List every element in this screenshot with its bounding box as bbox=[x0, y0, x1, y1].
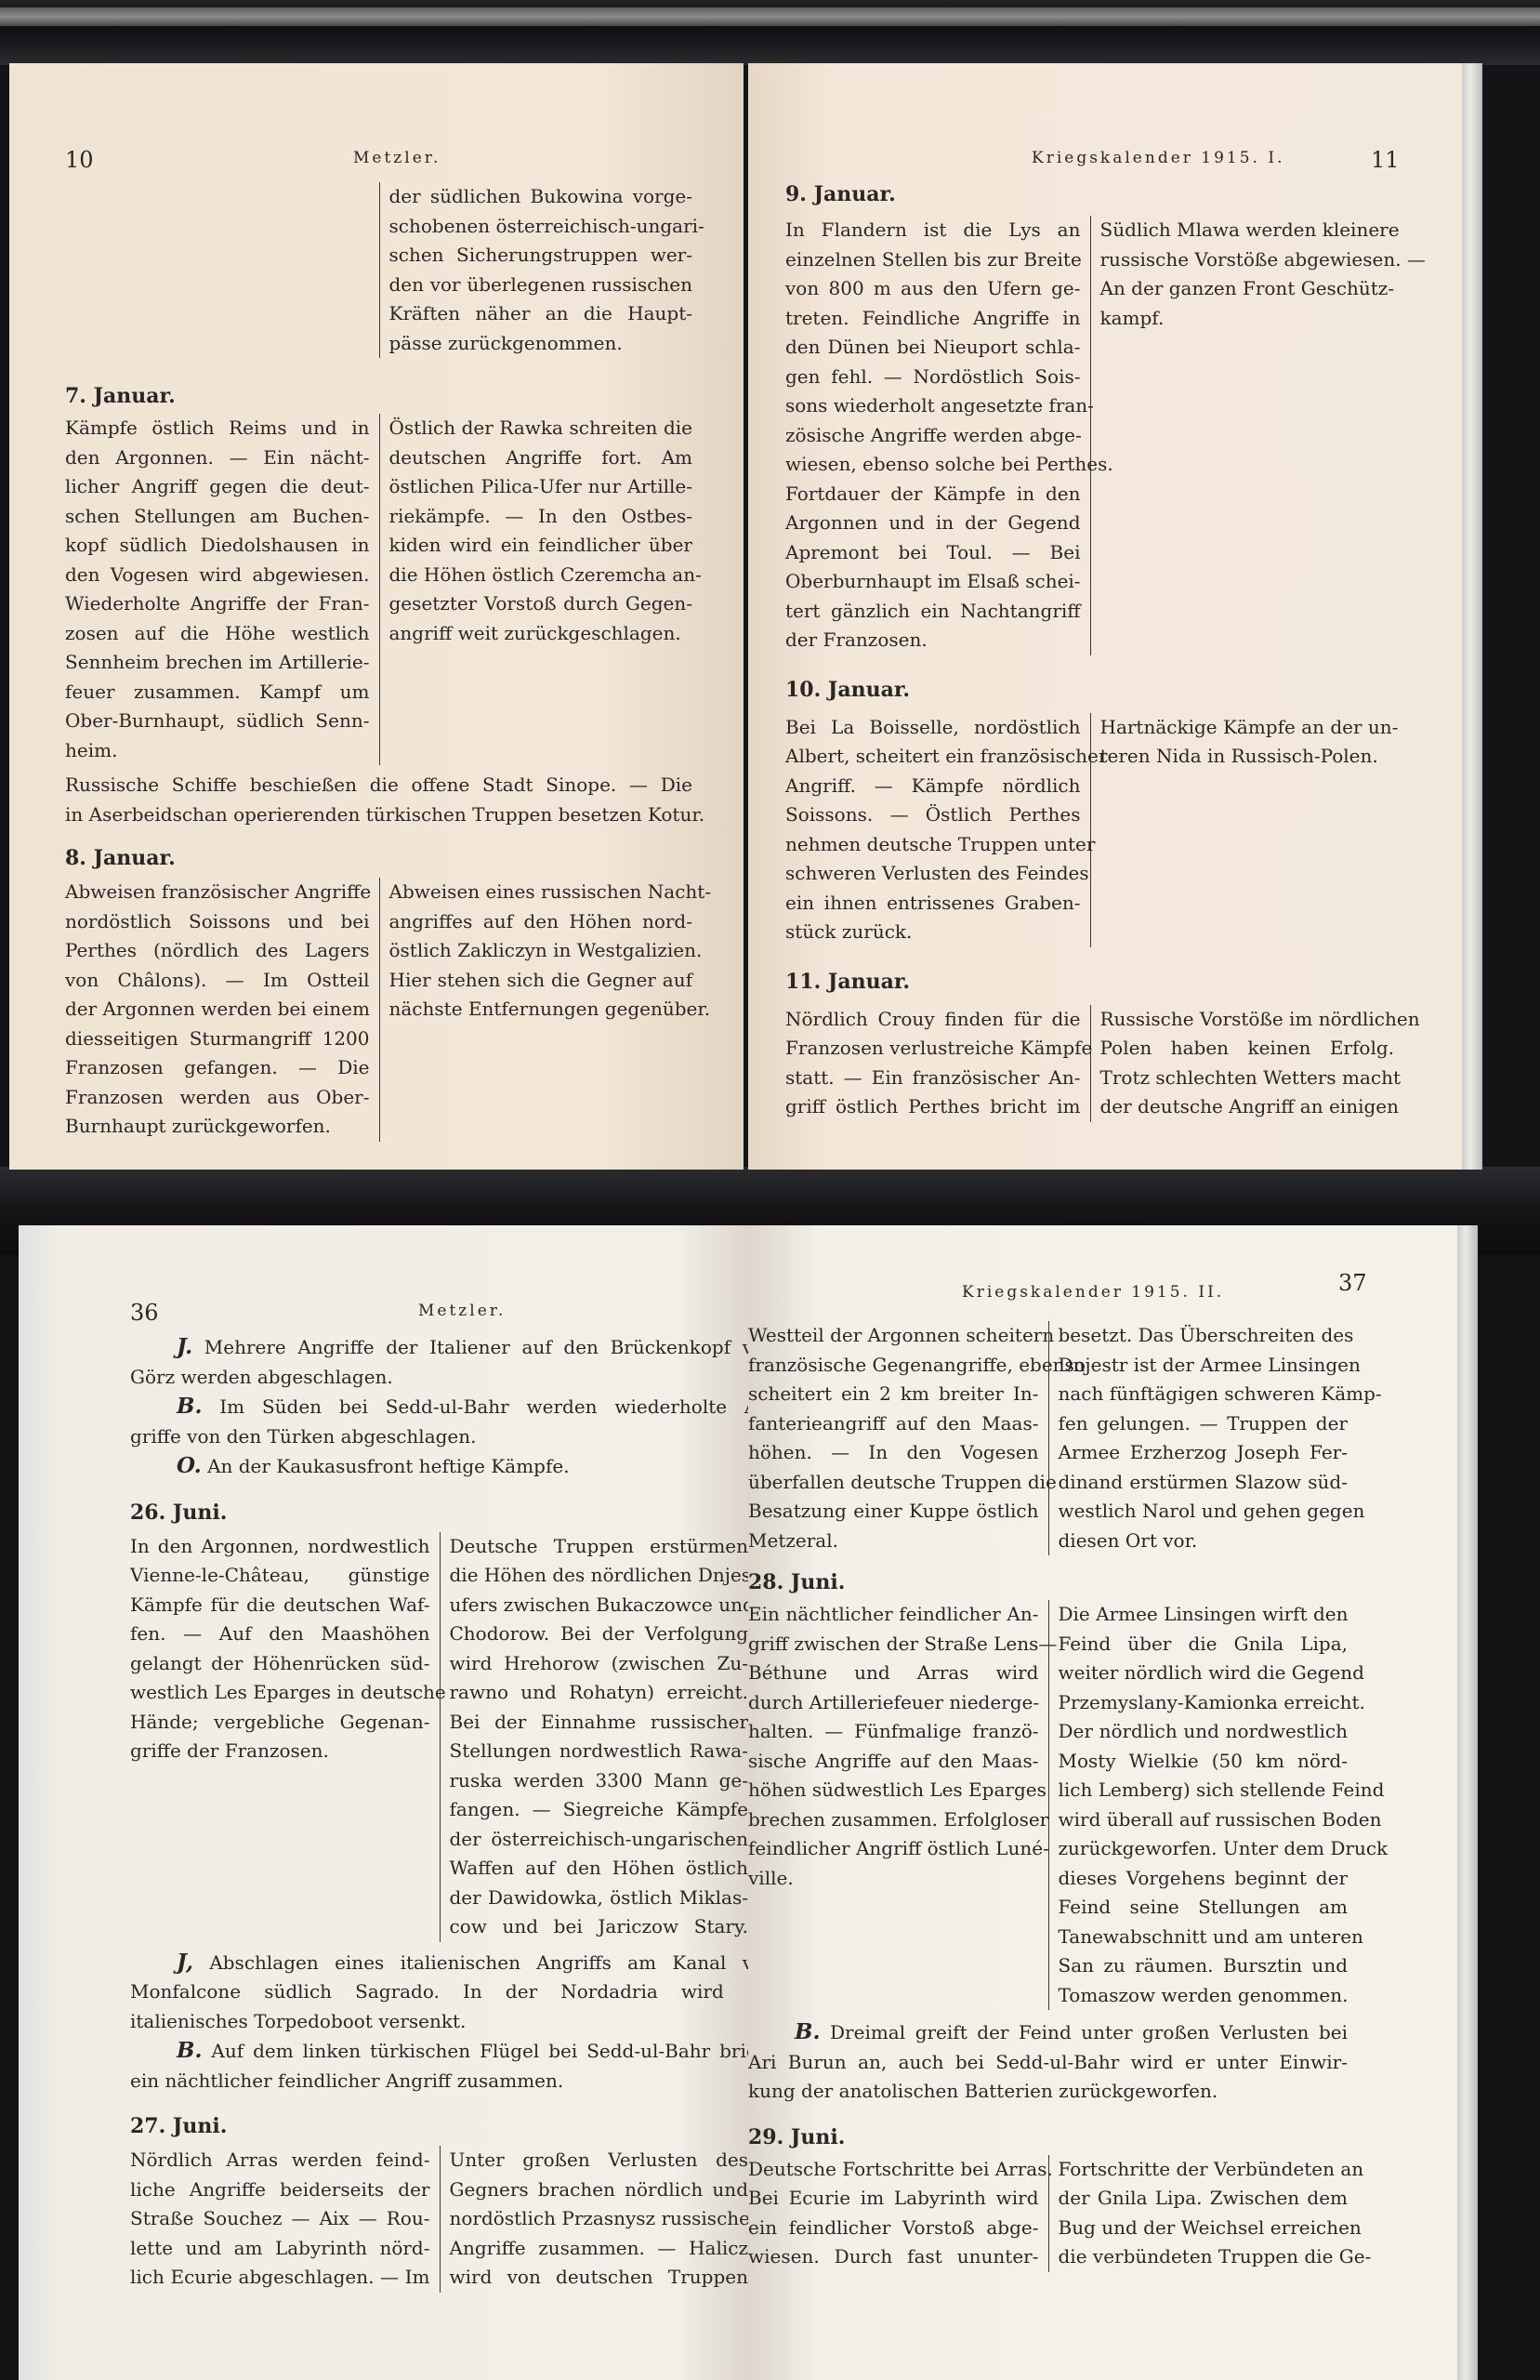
running-head: Kriegskalender 1915. I. 11 bbox=[748, 147, 1482, 175]
text-line: ein nächtlicher feindlicher Angriff zusa… bbox=[130, 2067, 748, 2096]
book-spread-top: 10 Metzler. der südlichen Bukowina vorge… bbox=[9, 63, 1496, 1170]
text-line: feuer zusammen. Kampf um bbox=[65, 678, 370, 707]
text-line: einzelnen Stellen bis zur Breite bbox=[785, 245, 1081, 275]
front-note: B. Im Süden bei Sedd-ul-Bahr werden wied… bbox=[130, 1392, 748, 1422]
text-line: feindlicher Angriff östlich Luné- bbox=[748, 1834, 1039, 1864]
text-line: Mehrere Angriffe der Italiener auf den B… bbox=[204, 1336, 748, 1358]
text-line: lette und am Labyrinth nörd- bbox=[130, 2234, 430, 2264]
text-line: zosen auf die Höhe westlich bbox=[65, 619, 370, 649]
column-west: Ein nächtlicher feindlicher An- griff zw… bbox=[748, 1600, 1048, 2010]
text-line: Dreimal greift der Feind unter großen Ve… bbox=[830, 2021, 1348, 2043]
text-line: Unter großen Verlusten des bbox=[450, 2146, 749, 2175]
text-line: ruska werden 3300 Mann ge- bbox=[450, 1766, 749, 1796]
text-line: Chodorow. Bei der Verfolgung bbox=[450, 1620, 749, 1649]
text-line: Auf dem linken türkischen Flügel bei Sed… bbox=[211, 2040, 748, 2062]
date-heading: 11. Januar. bbox=[785, 968, 1394, 996]
column-west bbox=[65, 182, 379, 358]
text-line: den vor überlegenen russischen bbox=[389, 271, 693, 300]
text-line: schobenen österreichisch-ungari- bbox=[389, 212, 693, 242]
text-line: Przemyslany-Kamionka erreicht. bbox=[1059, 1688, 1349, 1718]
text-line: Angriff. — Kämpfe nördlich bbox=[785, 772, 1081, 801]
text-line: Ober-Burnhaupt, südlich Senn- bbox=[65, 707, 370, 736]
text-line: besetzt. Das Überschreiten des bbox=[1059, 1321, 1349, 1351]
front-letter: B. bbox=[177, 1394, 202, 1419]
date-heading: 28. Juni. bbox=[748, 1568, 1348, 1596]
date-heading: 26. Juni. bbox=[130, 1499, 748, 1527]
text-line: Im Süden bei Sedd-ul-Bahr werden wiederh… bbox=[219, 1395, 748, 1418]
text-line: Abweisen französischer Angriffe bbox=[65, 878, 370, 907]
column-east: Deutsche Truppen erstürmen die Höhen des… bbox=[440, 1532, 749, 1942]
text-line: heim. bbox=[65, 736, 370, 766]
page-number: 37 bbox=[1338, 1270, 1367, 1296]
column-west: Nördlich Arras werden feind- liche Angri… bbox=[130, 2146, 440, 2293]
text-line: der Gnila Lipa. Zwischen dem bbox=[1059, 2184, 1349, 2214]
text-line: Polen haben keinen Erfolg. bbox=[1100, 1034, 1395, 1064]
text-line: Kämpfe für die deutschen Waf- bbox=[130, 1591, 430, 1620]
text-line: Dnjestr ist der Armee Linsingen bbox=[1059, 1351, 1349, 1381]
text-line: der Franzosen. bbox=[785, 626, 1081, 655]
page-number: 36 bbox=[130, 1300, 159, 1326]
text-line: deutschen Angriffe fort. Am bbox=[389, 443, 693, 473]
entry-27-juni: Nördlich Arras werden feind- liche Angri… bbox=[130, 2146, 748, 2293]
text-line: in Aserbeidschan operierenden türkischen… bbox=[65, 800, 692, 830]
page-11: Kriegskalender 1915. I. 11 9. Januar. In… bbox=[748, 63, 1482, 1170]
continuation-block: der südlichen Bukowina vorge- schobenen … bbox=[65, 182, 692, 358]
text-line: Besatzung einer Kuppe östlich bbox=[748, 1497, 1039, 1527]
front-note: B. Auf dem linken türkischen Flügel bei … bbox=[130, 2036, 748, 2067]
text-line: schen Sicherungstruppen wer- bbox=[389, 241, 693, 271]
text-line: Franzosen werden aus Ober- bbox=[65, 1083, 370, 1113]
text-line: griffe der Franzosen. bbox=[130, 1737, 430, 1766]
entry-8-januar: Abweisen französischer Angriffe nordöstl… bbox=[65, 878, 692, 1142]
column-west: Bei La Boisselle, nordöstlich Albert, sc… bbox=[785, 713, 1090, 947]
text-line: An der Kaukasusfront heftige Kämpfe. bbox=[207, 1455, 570, 1477]
text-line: die verbündeten Truppen die Ge- bbox=[1059, 2242, 1349, 2272]
text-line: der österreichisch-ungarischen bbox=[450, 1825, 749, 1855]
text-line: überfallen deutsche Truppen die bbox=[748, 1468, 1039, 1498]
text-line: ville. bbox=[748, 1864, 1039, 1894]
text-line: höhen. — In den Vogesen bbox=[748, 1438, 1039, 1468]
front-note: O. An der Kaukasusfront heftige Kämpfe. bbox=[130, 1451, 748, 1482]
text-line: die Höhen östlich Czeremcha an- bbox=[389, 561, 693, 590]
text-line: der deutsche Angriff an einigen bbox=[1100, 1092, 1395, 1122]
text-line: Südlich Mlawa werden kleinere bbox=[1100, 216, 1395, 245]
text-line: wiesen, ebenso solche bei Perthes. bbox=[785, 450, 1081, 480]
column-east: Russische Vorstöße im nördlichen Polen h… bbox=[1090, 1005, 1395, 1122]
front-letter: J, bbox=[177, 1950, 193, 1975]
text-line: licher Angriff gegen die deut- bbox=[65, 472, 370, 502]
column-east: Abweisen eines russischen Nacht- angriff… bbox=[379, 878, 693, 1142]
column-east: besetzt. Das Überschreiten des Dnjestr i… bbox=[1048, 1321, 1349, 1555]
text-line: Bei La Boisselle, nordöstlich bbox=[785, 713, 1081, 743]
text-line: zurückgeworfen. Unter dem Druck bbox=[1059, 1834, 1349, 1864]
text-line: wird Hrehorow (zwischen Zu- bbox=[450, 1649, 749, 1679]
running-head: 10 Metzler. bbox=[9, 147, 744, 175]
column-west: Kämpfe östlich Reims und in den Argonnen… bbox=[65, 414, 379, 765]
text-line: Ari Burun an, auch bei Sedd-ul-Bahr wird… bbox=[748, 2048, 1348, 2078]
text-line: diesseitigen Sturmangriff 1200 bbox=[65, 1025, 370, 1054]
text-line: riekämpfe. — In den Ostbes- bbox=[389, 502, 693, 532]
text-line: In Flandern ist die Lys an bbox=[785, 216, 1081, 245]
page-body: 9. Januar. In Flandern ist die Lys an ei… bbox=[785, 180, 1394, 1122]
front-notes: J. Mehrere Angriffe der Italiener auf de… bbox=[130, 1332, 748, 1482]
text-line: ein feindlicher Vorstoß abge- bbox=[748, 2214, 1039, 2243]
text-line: Fortschritte der Verbündeten an bbox=[1059, 2155, 1349, 2185]
text-line: Kräften näher an die Haupt- bbox=[389, 299, 693, 329]
text-line: angriffes auf den Höhen nord- bbox=[389, 907, 693, 937]
text-line: Die Armee Linsingen wirft den bbox=[1059, 1600, 1349, 1630]
text-line: Wiederholte Angriffe der Fran- bbox=[65, 589, 370, 619]
page-10: 10 Metzler. der südlichen Bukowina vorge… bbox=[9, 63, 744, 1170]
text-line: Russische Schiffe beschießen die offene … bbox=[65, 771, 692, 800]
text-line: der Dawidowka, östlich Miklas- bbox=[450, 1884, 749, 1913]
text-line: schweren Verlusten des Feindes bbox=[785, 859, 1081, 889]
text-line: fen. — Auf den Maashöhen bbox=[130, 1620, 430, 1649]
page-body: der südlichen Bukowina vorge- schobenen … bbox=[65, 182, 692, 1142]
text-line: Ein nächtlicher feindlicher An- bbox=[748, 1600, 1039, 1630]
text-line: schen Stellungen am Buchen- bbox=[65, 502, 370, 532]
text-line: zösische Angriffe werden abge- bbox=[785, 421, 1081, 451]
running-title: Kriegskalender 1915. I. bbox=[1032, 149, 1284, 167]
text-line: sische Angriffe auf den Maas- bbox=[748, 1747, 1039, 1777]
column-west: Deutsche Fortschritte bei Arras. Bei Ecu… bbox=[748, 2155, 1048, 2272]
page-edge bbox=[1457, 1225, 1478, 2380]
entry-26-juni: In den Argonnen, nordwestlich Vienne-le-… bbox=[130, 1532, 748, 1942]
text-line: den Vogesen wird abgewiesen. bbox=[65, 561, 370, 590]
text-line: kung der anatolischen Batterien zurückge… bbox=[748, 2077, 1348, 2107]
text-line: höhen südwestlich Les Eparges bbox=[748, 1776, 1039, 1805]
text-line: Bug und der Weichsel erreichen bbox=[1059, 2214, 1349, 2243]
text-line: Soissons. — Östlich Perthes bbox=[785, 800, 1081, 830]
entry-29-juni: Deutsche Fortschritte bei Arras. Bei Ecu… bbox=[748, 2155, 1348, 2272]
text-line: lich Ecurie abgeschlagen. — Im bbox=[130, 2263, 430, 2293]
front-letter: J. bbox=[177, 1334, 192, 1359]
text-line: fanterieangriff auf den Maas- bbox=[748, 1409, 1039, 1439]
text-line: Oberburnhaupt im Elsaß schei- bbox=[785, 567, 1081, 597]
date-heading: 9. Januar. bbox=[785, 180, 1394, 208]
text-line: fen gelungen. — Truppen der bbox=[1059, 1409, 1349, 1439]
page-number: 11 bbox=[1371, 147, 1400, 173]
running-head: Kriegskalender 1915. II. 37 bbox=[748, 1270, 1478, 1298]
text-line: Béthune und Arras wird bbox=[748, 1659, 1039, 1688]
text-line: Sennheim brechen im Artillerie- bbox=[65, 648, 370, 678]
text-line: den Dünen bei Nieuport schla- bbox=[785, 333, 1081, 363]
text-line: Bei der Einnahme russischer bbox=[450, 1708, 749, 1738]
column-east: Die Armee Linsingen wirft den Feind über… bbox=[1048, 1600, 1349, 2010]
text-line: Franzosen verlustreiche Kämpfe bbox=[785, 1034, 1081, 1064]
column-west: Abweisen französischer Angriffe nordöstl… bbox=[65, 878, 379, 1142]
column-east: der südlichen Bukowina vorge- schobenen … bbox=[379, 182, 693, 358]
text-line: Tanewabschnitt und am unteren bbox=[1059, 1923, 1349, 1952]
book-cover-top bbox=[0, 0, 1540, 65]
text-line: Vienne-le-Château, günstige bbox=[130, 1561, 430, 1591]
date-heading: 27. Juni. bbox=[130, 2112, 748, 2140]
column-east: Östlich der Rawka schreiten die deutsche… bbox=[379, 414, 693, 765]
text-line: ein ihnen entrissenes Graben- bbox=[785, 889, 1081, 919]
column-west: Nördlich Crouy finden für die Franzosen … bbox=[785, 1005, 1090, 1122]
entry-9-januar: In Flandern ist die Lys an einzelnen Ste… bbox=[785, 216, 1394, 655]
text-line: östlichen Pilica-Ufer nur Artille- bbox=[389, 472, 693, 502]
continuation-block: Westteil der Argonnen scheitern französi… bbox=[748, 1321, 1348, 1555]
date-heading: 7. Januar. bbox=[65, 382, 692, 410]
text-line: nach fünftägigen schweren Kämp- bbox=[1059, 1380, 1349, 1409]
text-line: Fortdauer der Kämpfe in den bbox=[785, 480, 1081, 509]
text-line: russische Vorstöße abgewiesen. — bbox=[1100, 245, 1395, 275]
text-line: Armee Erzherzog Joseph Fer- bbox=[1059, 1438, 1349, 1468]
text-line: treten. Feindliche Angriffe in bbox=[785, 304, 1081, 334]
text-line: der Argonnen werden bei einem bbox=[65, 995, 370, 1025]
text-line: ufers zwischen Bukaczowce und bbox=[450, 1591, 749, 1620]
text-line: Stellungen nordwestlich Rawa- bbox=[450, 1737, 749, 1766]
front-notes: B. Dreimal greift der Feind unter großen… bbox=[748, 2017, 1348, 2107]
text-line: Bei Ecurie im Labyrinth wird bbox=[748, 2184, 1039, 2214]
text-line: halten. — Fünfmalige franzö- bbox=[748, 1717, 1039, 1747]
text-line: angriff weit zurückgeschlagen. bbox=[389, 619, 693, 649]
text-line: griff östlich Perthes bricht im bbox=[785, 1092, 1081, 1122]
text-line: Argonnen und in der Gegend bbox=[785, 509, 1081, 538]
page-37: Kriegskalender 1915. II. 37 Westteil der… bbox=[748, 1225, 1478, 2380]
column-east: Hartnäckige Kämpfe an der un- teren Nida… bbox=[1090, 713, 1395, 947]
text-line: dieses Vorgehens beginnt der bbox=[1059, 1864, 1349, 1894]
front-letter: B. bbox=[795, 2019, 820, 2044]
text-line: Tomaszow werden genommen. bbox=[1059, 1981, 1349, 2011]
text-line: von 800 m aus den Ufern ge- bbox=[785, 274, 1081, 304]
text-line: Apremont bei Toul. — Bei bbox=[785, 538, 1081, 568]
text-line: italienisches Torpedoboot versenkt. bbox=[130, 2007, 748, 2037]
text-line: fangen. — Siegreiche Kämpfe bbox=[450, 1795, 749, 1825]
text-line: Abschlagen eines italienischen Angriffs … bbox=[209, 1951, 748, 1974]
text-line: San zu räumen. Bursztin und bbox=[1059, 1951, 1349, 1981]
text-line: Östlich der Rawka schreiten die bbox=[389, 414, 693, 443]
headband bbox=[0, 7, 1540, 26]
text-line: Metzeral. bbox=[748, 1527, 1039, 1556]
text-line: östlich Zakliczyn in Westgalizien. bbox=[389, 936, 693, 966]
text-line: Hartnäckige Kämpfe an der un- bbox=[1100, 713, 1395, 743]
text-line: In den Argonnen, nordwestlich bbox=[130, 1532, 430, 1562]
text-line: Angriffe zusammen. — Halicz bbox=[450, 2234, 749, 2264]
text-line: pässe zurückgenommen. bbox=[389, 329, 693, 359]
column-west: In den Argonnen, nordwestlich Vienne-le-… bbox=[130, 1532, 440, 1942]
text-line: Franzosen gefangen. — Die bbox=[65, 1053, 370, 1083]
text-line: nächste Entfernungen gegenüber. bbox=[389, 995, 693, 1025]
date-heading: 8. Januar. bbox=[65, 844, 692, 872]
text-line: Kämpfe östlich Reims und in bbox=[65, 414, 370, 443]
text-line: Gegners brachen nördlich und bbox=[450, 2175, 749, 2205]
text-line: nordöstlich Soissons und bei bbox=[65, 907, 370, 937]
page-body: Westteil der Argonnen scheitern französi… bbox=[748, 1321, 1348, 2272]
running-title: Kriegskalender 1915. II. bbox=[962, 1283, 1224, 1302]
text-line: brechen zusammen. Erfolgloser bbox=[748, 1805, 1039, 1835]
text-line: kopf südlich Diedolshausen in bbox=[65, 531, 370, 561]
text-line: Mosty Wielkie (50 km nörd- bbox=[1059, 1747, 1349, 1777]
page-number: 10 bbox=[65, 147, 94, 173]
text-line: der südlichen Bukowina vorge- bbox=[389, 182, 693, 212]
text-line: die Höhen des nördlichen Dnjestr- bbox=[450, 1561, 749, 1591]
entry-28-juni: Ein nächtlicher feindlicher An- griff zw… bbox=[748, 1600, 1348, 2010]
running-title: Metzler. bbox=[418, 1302, 506, 1320]
page-36: 36 Metzler. J. Mehrere Angriffe der Ital… bbox=[19, 1225, 748, 2380]
text-line: Feind seine Stellungen am bbox=[1059, 1893, 1349, 1923]
text-line: nordöstlich Przasnysz russische bbox=[450, 2204, 749, 2234]
text-line: durch Artilleriefeuer niederge- bbox=[748, 1688, 1039, 1718]
text-line: Perthes (nördlich des Lagers bbox=[65, 936, 370, 966]
text-line: westlich Narol und gehen gegen bbox=[1059, 1497, 1349, 1527]
text-line: cow und bei Jariczow Stary. bbox=[450, 1912, 749, 1942]
text-line: den Argonnen. — Ein nächt- bbox=[65, 443, 370, 473]
text-line: Monfalcone südlich Sagrado. In der Norda… bbox=[130, 1977, 748, 2007]
entry-7-januar: Kämpfe östlich Reims und in den Argonnen… bbox=[65, 414, 692, 765]
text-line: Trotz schlechten Wetters macht bbox=[1100, 1064, 1395, 1093]
text-line: Nördlich Arras werden feind- bbox=[130, 2146, 430, 2175]
text-line: Feind über die Gnila Lipa, bbox=[1059, 1630, 1349, 1659]
date-heading: 29. Juni. bbox=[748, 2123, 1348, 2151]
text-line: wiesen. Durch fast ununter- bbox=[748, 2242, 1039, 2272]
text-line: Albert, scheitert ein französischer bbox=[785, 742, 1081, 772]
text-line: sons wiederholt angesetzte fran- bbox=[785, 391, 1081, 421]
text-line: rawno und Rohatyn) erreicht. bbox=[450, 1678, 749, 1708]
text-line: Westteil der Argonnen scheitern bbox=[748, 1321, 1039, 1351]
text-line: scheitert ein 2 km breiter In- bbox=[748, 1380, 1039, 1409]
text-line: gesetzter Vorstoß durch Gegen- bbox=[389, 589, 693, 619]
text-line: Deutsche Truppen erstürmen bbox=[450, 1532, 749, 1562]
front-letter: B. bbox=[177, 2038, 202, 2063]
text-line: Russische Vorstöße im nördlichen bbox=[1100, 1005, 1395, 1035]
text-line: Görz werden abgeschlagen. bbox=[130, 1363, 748, 1393]
book-spread-bottom: 36 Metzler. J. Mehrere Angriffe der Ital… bbox=[19, 1225, 1506, 2380]
text-line: lich Lemberg) sich stellende Feind bbox=[1059, 1776, 1349, 1805]
text-line: Waffen auf den Höhen östlich bbox=[450, 1854, 749, 1884]
text-line: Deutsche Fortschritte bei Arras. bbox=[748, 2155, 1039, 2185]
text-line: kiden wird ein feindlicher über bbox=[389, 531, 693, 561]
page-edge bbox=[1462, 63, 1482, 1170]
text-line: westlich Les Eparges in deutsche bbox=[130, 1678, 430, 1708]
text-line: Hier stehen sich die Gegner auf bbox=[389, 966, 693, 996]
text-line: griffe von den Türken abgeschlagen. bbox=[130, 1422, 748, 1452]
text-line: Der nördlich und nordwestlich bbox=[1059, 1717, 1349, 1747]
text-line: wird überall auf russischen Boden bbox=[1059, 1805, 1349, 1835]
front-note: B. Dreimal greift der Feind unter großen… bbox=[748, 2017, 1348, 2048]
text-line: tert gänzlich ein Nachtangriff bbox=[785, 597, 1081, 627]
running-head: 36 Metzler. bbox=[19, 1300, 748, 1328]
text-line: gelangt der Höhenrücken süd- bbox=[130, 1649, 430, 1679]
text-line: Abweisen eines russischen Nacht- bbox=[389, 878, 693, 907]
column-east: Südlich Mlawa werden kleinere russische … bbox=[1090, 216, 1395, 655]
text-line: Burnhaupt zurückgeworfen. bbox=[65, 1112, 370, 1142]
full-width-note: Russische Schiffe beschießen die offene … bbox=[65, 771, 692, 829]
text-line: griff zwischen der Straße Lens— bbox=[748, 1630, 1039, 1659]
text-line: An der ganzen Front Geschütz- bbox=[1100, 274, 1395, 304]
page-body: J. Mehrere Angriffe der Italiener auf de… bbox=[130, 1332, 748, 2293]
front-note: J, Abschlagen eines italienischen Angrif… bbox=[130, 1948, 748, 1978]
text-line: Hände; vergebliche Gegenan- bbox=[130, 1708, 430, 1738]
front-notes: J, Abschlagen eines italienischen Angrif… bbox=[130, 1948, 748, 2096]
column-west: Westteil der Argonnen scheitern französi… bbox=[748, 1321, 1048, 1555]
column-east: Fortschritte der Verbündeten an der Gnil… bbox=[1048, 2155, 1349, 2272]
text-line: gen fehl. — Nordöstlich Sois- bbox=[785, 363, 1081, 392]
text-line: von Châlons). — Im Ostteil bbox=[65, 966, 370, 996]
text-line: wird von deutschen Truppen bbox=[450, 2263, 749, 2293]
column-west: In Flandern ist die Lys an einzelnen Ste… bbox=[785, 216, 1090, 655]
text-line: weiter nördlich wird die Gegend bbox=[1059, 1659, 1349, 1688]
text-line: diesen Ort vor. bbox=[1059, 1527, 1349, 1556]
date-heading: 10. Januar. bbox=[785, 676, 1394, 704]
running-title: Metzler. bbox=[353, 149, 441, 167]
column-east: Unter großen Verlusten des Gegners brach… bbox=[440, 2146, 749, 2293]
entry-11-januar: Nördlich Crouy finden für die Franzosen … bbox=[785, 1005, 1394, 1122]
text-line: französische Gegenangriffe, ebenso bbox=[748, 1351, 1039, 1381]
entry-10-januar: Bei La Boisselle, nordöstlich Albert, sc… bbox=[785, 713, 1394, 947]
text-line: liche Angriffe beiderseits der bbox=[130, 2175, 430, 2205]
text-line: kampf. bbox=[1100, 304, 1395, 334]
front-letter: O. bbox=[177, 1453, 202, 1478]
text-line: nehmen deutsche Truppen unter bbox=[785, 830, 1081, 860]
text-line: Nördlich Crouy finden für die bbox=[785, 1005, 1081, 1035]
text-line: stück zurück. bbox=[785, 918, 1081, 947]
text-line: statt. — Ein französischer An- bbox=[785, 1064, 1081, 1093]
text-line: dinand erstürmen Slazow süd- bbox=[1059, 1468, 1349, 1498]
text-line: Straße Souchez — Aix — Rou- bbox=[130, 2204, 430, 2234]
front-note: J. Mehrere Angriffe der Italiener auf de… bbox=[130, 1332, 748, 1363]
text-line: teren Nida in Russisch-Polen. bbox=[1100, 742, 1395, 772]
